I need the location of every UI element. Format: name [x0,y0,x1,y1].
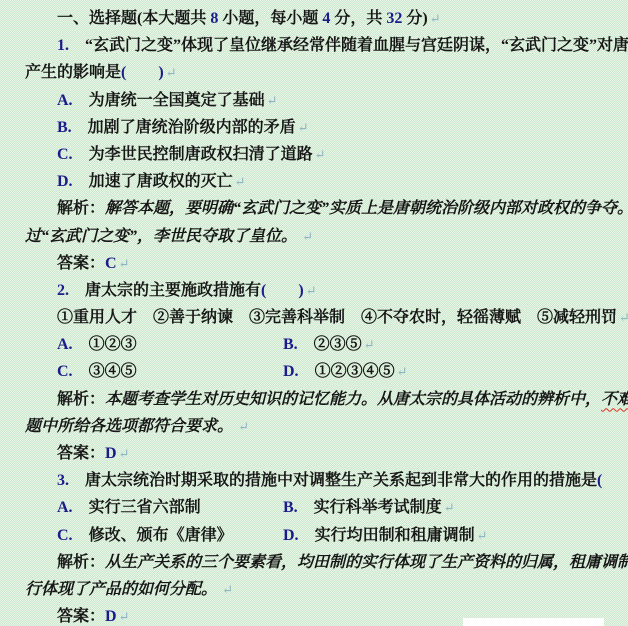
latin-text: D [105,445,117,462]
text-line-19: A. 实行三省六部制B. 实行科举考试制度↵ [0,494,628,521]
text-line-22: 行体现了产品的如何分配。 ↵ [0,576,628,603]
text-line-20: C. 修改、颁布《唐律》D. 实行均田制和租庸调制↵ [0,522,628,549]
label-text: 答案： [57,445,105,462]
paragraph-mark-icon: ↵ [117,446,130,461]
paragraph-mark-icon: ↵ [362,337,375,352]
latin-text: D. [283,527,299,544]
latin-text: C. [57,363,73,380]
cn-text: 实行三省六部制 [73,499,201,516]
kaiti-text: 本题考查学生对历史知识的记忆能力。从唐太宗的具体活动的辨析中， [105,391,601,408]
latin-text: 32 [386,10,402,27]
kaiti-text: 过“玄武门之变”，李世民夺取了皇位。 [25,228,297,245]
text-line-21: 解析：从生产关系的三个要素看，均田制的实行体现了生产资料的归属，租庸调制的实 [0,549,628,576]
cn-text: 加速了唐政权的灭亡 [73,173,233,190]
label-text: 解析： [57,200,105,217]
paragraph-mark-icon: ↵ [217,582,233,597]
cn-text: 实行均田制和租庸调制 [299,527,475,544]
text-line-9: 过“玄武门之变”，李世民夺取了皇位。 ↵ [0,223,628,250]
text-line-5: B. 加剧了唐统治阶级内部的矛盾↵ [0,114,628,141]
cn-text: ①②③④⑤ [299,363,395,380]
text-line-10: 答案：C↵ [0,250,628,277]
latin-text: A. [57,499,73,516]
latin-text: 3. [57,472,69,489]
latin-text: C. [57,146,73,163]
paragraph-mark-icon: ↵ [395,364,408,379]
paragraph-mark-icon: ↵ [617,310,628,325]
cn-text: 唐太宗统治时期采取的措施中对调整生产关系起到非常大的作用的措施是 [69,472,597,489]
latin-text: ( ) [121,64,164,81]
latin-text: D. [57,173,73,190]
latin-text: C. [57,527,73,544]
paragraph-mark-icon: ↵ [265,93,278,108]
cn-text: ③④⑤ [73,363,137,380]
cn-text: 加剧了唐统治阶级内部的矛盾 [72,119,296,136]
latin-text: B. [283,336,298,353]
latin-text: C [105,255,117,272]
cn-text: 为唐统一全国奠定了基础 [73,92,265,109]
cn-text: 产生的影响是 [25,64,121,81]
cn-text: 为李世民控制唐政权扫清了道路 [73,146,313,163]
cn-text: 唐太宗的主要施政措施有 [69,282,261,299]
cn-text: ①②③ [73,336,137,353]
latin-text: A. [57,336,73,353]
text-line-12: ①重用人才 ②善于纳谏 ③完善科举制 ④不夺农时，轻徭薄赋 ⑤减轻刑罚↵ [0,304,628,331]
misspelled-text: 不难 [601,391,628,408]
kaiti-text: 从生产关系的三个要素看，均田制的实行体现了生产资料的归属，租庸调制的实 [105,554,628,571]
cn-text: “玄武门之变”体现了皇位继承经常伴随着血腥与宫廷阴谋，“玄武门之变”对唐朝 [69,37,628,54]
paragraph-mark-icon: ↵ [428,11,441,26]
paragraph-mark-icon: ↵ [296,120,309,135]
text-line-8: 解析：解答本题，要明确“玄武门之变”实质上是唐朝统治阶级内部对政权的争夺。通 [0,195,628,222]
cn-text: 一、选择题(本大题共 [57,10,210,27]
text-line-15: 解析：本题考查学生对历史知识的记忆能力。从唐太宗的具体活动的辨析中，不难得出 [0,386,628,413]
document-page: 一、选择题(本大题共 8 小题，每小题 4 分，共 32 分)↵1. “玄武门之… [0,0,628,626]
cn-text: 分) [402,10,427,27]
paragraph-mark-icon: ↵ [233,419,249,434]
latin-text: 1. [57,37,69,54]
second-column: D. 实行均田制和租庸调制↵ [283,522,487,549]
cn-text: ①重用人才 ②善于纳谏 ③完善科举制 ④不夺农时，轻徭薄赋 ⑤减轻刑罚 [57,309,617,326]
paragraph-mark-icon: ↵ [313,147,326,162]
latin-text: A. [57,92,73,109]
text-line-16: 题中所给各选项都符合要求。 ↵ [0,413,628,440]
text-line-2: 1. “玄武门之变”体现了皇位继承经常伴随着血腥与宫廷阴谋，“玄武门之变”对唐朝 [0,32,628,59]
kaiti-text: 题中所给各选项都符合要求。 [25,418,233,435]
text-line-1: 一、选择题(本大题共 8 小题，每小题 4 分，共 32 分)↵ [0,5,628,32]
latin-text: B. [57,119,72,136]
text-line-18: 3. 唐太宗统治时期采取的措施中对调整生产关系起到非常大的作用的措施是( )↵ [0,467,628,494]
label-text: 答案： [57,255,105,272]
text-line-11: 2. 唐太宗的主要施政措施有( )↵ [0,277,628,304]
text-line-4: A. 为唐统一全国奠定了基础↵ [0,87,628,114]
cn-text: 实行科举考试制度 [298,499,442,516]
paragraph-mark-icon: ↵ [297,229,313,244]
paragraph-mark-icon: ↵ [304,283,317,298]
label-text: 答案： [57,608,105,625]
latin-text: ( ) [261,282,304,299]
cn-text: 分，共 [330,10,386,27]
second-column: B. 实行科举考试制度↵ [283,494,455,521]
text-line-7: D. 加速了唐政权的灭亡↵ [0,168,628,195]
kaiti-text: 行体现了产品的如何分配。 [25,581,217,598]
second-column: B. ②③⑤↵ [283,331,375,358]
paragraph-mark-icon: ↵ [475,528,488,543]
document-body: 一、选择题(本大题共 8 小题，每小题 4 分，共 32 分)↵1. “玄武门之… [0,5,628,626]
cn-text: 小题，每小题 [218,10,322,27]
latin-text: ( ) [597,472,628,489]
latin-text: D [105,608,117,625]
paragraph-mark-icon: ↵ [233,174,246,189]
text-line-14: C. ③④⑤D. ①②③④⑤↵ [0,358,628,385]
label-text: 解析： [57,391,105,408]
label-text: 解析： [57,554,105,571]
latin-text: 2. [57,282,69,299]
text-line-17: 答案：D↵ [0,440,628,467]
cn-text: 修改、颁布《唐律》 [73,527,233,544]
text-line-3: 产生的影响是( )↵ [0,59,628,86]
latin-text: B. [283,499,298,516]
second-column: D. ①②③④⑤↵ [283,358,407,385]
paragraph-mark-icon: ↵ [117,609,130,624]
latin-text: D. [283,363,299,380]
white-overlay-box [463,618,604,626]
paragraph-mark-icon: ↵ [442,500,455,515]
text-line-13: A. ①②③B. ②③⑤↵ [0,331,628,358]
paragraph-mark-icon: ↵ [117,256,130,271]
kaiti-text: 解答本题，要明确“玄武门之变”实质上是唐朝统治阶级内部对政权的争夺。通 [105,200,628,217]
cn-text: ②③⑤ [298,336,362,353]
text-line-6: C. 为李世民控制唐政权扫清了道路↵ [0,141,628,168]
paragraph-mark-icon: ↵ [164,65,177,80]
